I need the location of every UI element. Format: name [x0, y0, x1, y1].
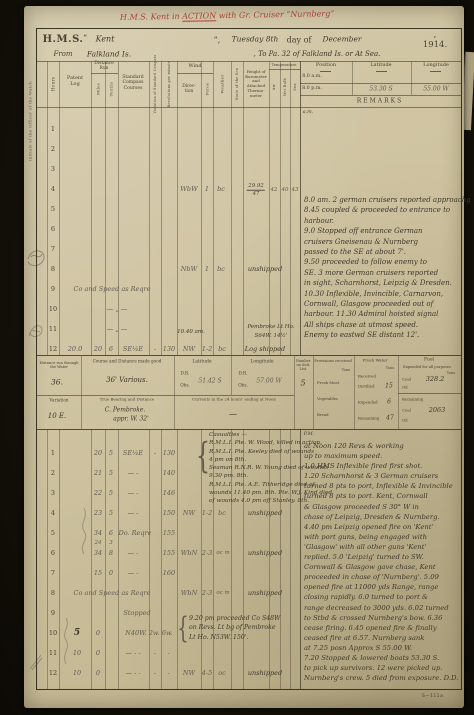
annotation-pre: H.M.S. Kent in [120, 12, 182, 22]
col-header-air: Air [272, 84, 276, 90]
pm-h4-wind: NW [183, 509, 195, 517]
remark-line: proceeded in chase of 'Nurnberg'. 5.09 [304, 572, 460, 582]
logbook-page: H.M.S. Kent in ACTION with Gr. Cruiser “… [24, 6, 464, 708]
position-8pm-label: 8.0 p.m. [302, 86, 322, 92]
pm-bearing-note: 9.20 pm proceeded Co S48Won Revs. Lt bg … [189, 614, 304, 642]
rule [91, 73, 118, 74]
pm-h2-revs: 140 [163, 469, 175, 477]
remark-line: up to maximum speed. [304, 451, 460, 461]
am-h4-wind: WbW [180, 185, 198, 193]
fresh-water-label: Fresh Water [363, 359, 388, 364]
col-header-sea-temp: Sea [293, 83, 297, 91]
red-annotation: H.M.S. Kent in ACTION with Gr. Cruiser “… [120, 9, 335, 22]
pm-h10-miles: 0 [96, 629, 100, 637]
pm-h6-tenths: 8 [109, 549, 113, 557]
hour-number: 9 [47, 603, 59, 623]
annotation-action: ACTION [182, 11, 216, 21]
pm-h5-revs: 155 [163, 529, 175, 537]
pm-h12-variation: - [154, 669, 156, 677]
col-header-miles: Miles [96, 83, 101, 95]
pm-h11-course: — - - [125, 649, 140, 657]
noon-lon-obs-value: 57.00 W [256, 378, 281, 385]
casualty-line: Casualties — [209, 431, 337, 439]
remark-line: cruisers Gneisenau & Nurnberg [304, 237, 460, 247]
remark-line: harbour. 11.30 Admiral hoisted signal [304, 309, 460, 319]
hour-number: 10 [47, 623, 59, 643]
ship-quote-close: ”, [214, 35, 221, 44]
hour-number: 8 [47, 259, 59, 279]
remark-line: 'Glasgow' with all other guns 'Kent' [304, 542, 460, 552]
col-header-longitude: Longitude [423, 63, 449, 69]
fw-expended-label: Expended [358, 401, 378, 406]
remark-line: 8.45 coupled & proceeded to entrance to [304, 205, 460, 215]
col-header-wind: Wind [188, 64, 201, 70]
course-made-good-value: 36' Various. [106, 376, 148, 384]
am-h4-barometer: 29.9247 [247, 181, 265, 198]
fresh-water-tons-label: Tons [386, 366, 394, 370]
rule [300, 95, 461, 96]
rule [269, 69, 300, 70]
pm-h12-course: — - - [125, 669, 140, 677]
pm-h7-revs: 160 [163, 569, 175, 577]
form-number: S—111a. [422, 694, 445, 699]
col-header-hours: Hours [51, 77, 56, 92]
provisions-tons-label: Tons [342, 368, 350, 372]
fuel-label: Fuel [424, 357, 434, 362]
am-h9-note: Co and Speed as Reqre [74, 285, 151, 293]
pm-h4-course: — - [128, 509, 139, 517]
pm-h5a-tenths: 3 [109, 540, 113, 546]
fuel-coal-label: Coal [402, 378, 411, 383]
pm-h6-weather: oc m [216, 550, 229, 556]
hour-number: 1 [47, 443, 59, 463]
am-h12-patent: 20.0 [68, 345, 82, 353]
pm-h7-miles: 15 [94, 569, 102, 577]
noon-lon-obs-label: Obs. [238, 384, 248, 389]
pm-h3-course: — - [128, 489, 139, 497]
am-h11-ditto: — „ — [107, 325, 128, 333]
remark-line: at Noon 120 Revs & working [304, 441, 460, 451]
am-h8-note: unshipped [248, 265, 282, 273]
hour-number: 5 [47, 523, 59, 543]
pm-h8-note: Co and Speed as Reqre [74, 589, 151, 597]
fuel-oil-label: Oil [402, 386, 408, 391]
remark-line: 4.40 pm Leipzig opened fire on 'Kent' [304, 522, 460, 532]
am-h12-variation: - [154, 345, 156, 353]
true-bearing-label: True Bearing and Distance [92, 398, 162, 403]
rule [352, 61, 353, 95]
ship-quote-open: “ [83, 33, 87, 42]
hour-number: 7 [47, 563, 59, 583]
hour-number: 6 [47, 543, 59, 563]
position-8pm-latitude: 53.30 S [369, 86, 392, 93]
am-h4-weather: bc [217, 185, 225, 193]
variation-value: 10 E. [48, 412, 66, 420]
provisions-label: Provisions received [314, 359, 352, 363]
remark-line: range decreased to 3000 yds. 6.02 turned [304, 603, 460, 613]
col-header-variation: Variation of Standard Compass [153, 55, 157, 114]
margin-label-initials-of-officer: Initials of the Officer of the Watch [28, 81, 33, 161]
pm-h1-miles: 20 [94, 449, 102, 457]
am-remarks: 8.0 am. 2 german cruisers reported appro… [304, 195, 460, 341]
pm-h10-course: N40W. 2w. 6w. [125, 629, 173, 637]
rule [430, 71, 441, 72]
remark-line: cease firing. 6.45 opened fire & finally [304, 623, 460, 633]
fuel-remaining-label: Remaining [402, 398, 423, 403]
pm-h4-force: 1-2 [202, 509, 212, 517]
rule [398, 355, 399, 429]
hour-number: 4 [47, 503, 59, 523]
pm-h10-patent: 5 [74, 628, 80, 638]
fuel-tons-label: Tons [447, 371, 455, 375]
pm-h8-wind: WbN [181, 589, 198, 597]
pm-h7-course: — - [128, 569, 139, 577]
pm-remarks: at Noon 120 Revs & workingup to maximum … [304, 441, 460, 683]
weekday-day: Tuesday 8th [232, 35, 279, 44]
remarks-header: REMARKS [357, 97, 403, 104]
col-header-courses: Standard Compass Courses [119, 75, 148, 91]
am-h8-weather: bc [217, 265, 225, 273]
provision-row: Vegetables [317, 391, 339, 407]
provisions-rows: Fresh MeatVegetablesBread [317, 375, 339, 423]
casualties-brace: { [196, 437, 210, 477]
rule [177, 73, 213, 74]
rule [231, 355, 232, 395]
am-h8-force: 1 [205, 265, 209, 273]
am-h4-air-temp: 42 [271, 187, 278, 193]
rule [174, 355, 175, 429]
am-h11-bearing-1: Pembroke Lt Ho. [247, 324, 294, 330]
am-hour-numbers: 123456789101112 [47, 107, 59, 355]
fw-expended-value: 6 [387, 399, 391, 406]
remark-line: 1.20 Scharnhorst & 3 German cruisers [304, 471, 460, 481]
remark-line: ceased fire at 6.57. Nurnberg sank [304, 633, 460, 643]
to-value: , To Pa. 32 of Falkland Is. or At Sea. [254, 50, 381, 58]
pm-h5-tenths: 6 [109, 529, 113, 537]
am-h11-bearing-2: S64W. 14½' [255, 333, 288, 339]
pm-h6-wind: WbN [181, 549, 198, 557]
pm-h3-tenths: 5 [109, 489, 113, 497]
col-header-direction: Direc- tion [178, 84, 200, 94]
pm-h2-miles: 21 [94, 469, 102, 477]
baro-reading: 29.92 [247, 183, 265, 191]
ship-name: Kent [96, 35, 115, 44]
pm-h12-note: unshipped [248, 669, 282, 677]
pm-h11-patent: 10 [73, 649, 81, 657]
pm-h4-miles: 23 [94, 509, 102, 517]
pm-h4-note: unshipped [248, 509, 282, 517]
position-8pm-longitude: 55.00 W [423, 86, 448, 93]
am-h12-force: 1-2 [202, 345, 212, 353]
rule [300, 83, 461, 84]
am-h12-course: SE¼E [123, 345, 143, 353]
remark-line: Cornwall & Glasgow gave chase, Kent [304, 562, 460, 572]
pm-h12-miles: 0 [96, 669, 100, 677]
remark-line: at 7.25 posn Approx S 55.00 W. [304, 643, 460, 653]
am-h4-wet-temp: 40 [282, 187, 289, 193]
remark-line: Nurnberg's crew. 5 died from exposure. D… [304, 673, 460, 683]
pm-h8-force: 2-3 [202, 589, 212, 597]
pm-h11-miles: 0 [96, 649, 100, 657]
noon-lat-dr-label: D.R. [180, 372, 189, 377]
sick-list-value: 5 [300, 379, 305, 388]
pm-h5a-miles: 24 [95, 540, 102, 546]
fuel-remaining-oil-label: Oil [402, 419, 408, 424]
col-header-latitude: Latitude [370, 63, 391, 69]
am-h8-wind: NbW [181, 265, 198, 273]
pm-h3-revs: 146 [163, 489, 175, 497]
pm-h4-weather: bc [218, 509, 226, 517]
remark-line: in sight, Scharnhorst, Leipzig & Dresden… [304, 278, 460, 288]
hour-number: 3 [47, 159, 59, 179]
col-header-sea-state: State of the Sea [235, 68, 239, 100]
fuel-coal-expended-value: 328.2 [426, 375, 445, 383]
pm-h6-note: unshipped [248, 549, 282, 557]
year-label: , 1914. [422, 30, 448, 50]
thermo-reading: 47 [253, 191, 260, 198]
log-table-frame: H.M.S. “ Kent ”, Tuesday 8th day of Dece… [36, 28, 462, 690]
col-header-temperature: Temperature [272, 63, 297, 67]
pm-h11-variation: - [154, 649, 156, 657]
provision-row: Bread [317, 407, 339, 423]
remark-line: replied. 5.0 'Leipzig' turned to SW. [304, 552, 460, 562]
hour-number: 4 [47, 179, 59, 199]
true-bearing-value-1: C. Pembroke. [105, 407, 146, 414]
hour-number: 12 [47, 339, 59, 359]
remark-line: All ships chase at utmost speed. [304, 320, 460, 330]
pm-h1-tenths: 5 [109, 449, 113, 457]
distance-water-label: Distance run through the Water [39, 361, 79, 369]
col-header-patent-log: Patent Log [62, 76, 88, 88]
remark-line: Cornwall, Glasgow proceeded out of [304, 299, 460, 309]
pm-h4-revs: 150 [163, 509, 175, 517]
noon-longitude-label: Longitude [250, 359, 273, 364]
noon-latitude-label: Latitude [192, 359, 211, 364]
am-h12-revs: 130 [163, 345, 175, 353]
am-h12-miles: 20 [94, 345, 102, 353]
pm-h4-tenths: 5 [109, 509, 113, 517]
remark-line: to pick up survivors. 12 were picked up. [304, 663, 460, 673]
pm-h9-note: Stopped [123, 609, 150, 617]
remark-line: with port guns, being engaged with [304, 532, 460, 542]
remark-line: 1.0 HMS Inflexible fired first shot. [304, 461, 460, 471]
am-h12-note: Log shipped [245, 345, 285, 353]
fw-remaining-value: 47 [386, 415, 394, 422]
am-h4-sea-temp: 43 [292, 187, 299, 193]
from-label: From [53, 50, 72, 58]
currents-label: Currents in the 24 hours' ending at Noon [179, 398, 289, 403]
rule [320, 71, 331, 72]
pm-h8-unshipped: unshipped [248, 589, 282, 597]
pm-h11-revs: - [168, 649, 170, 657]
col-header-weather: Weather [220, 74, 225, 93]
pm-h5-miles: 34 [94, 529, 102, 537]
pm-h2-tenths: 5 [109, 469, 113, 477]
remark-line: 8.0 am. 2 german cruisers reported appro… [304, 195, 460, 205]
hour-number: 11 [47, 643, 59, 663]
am-h12-tenths: 6 [109, 345, 113, 353]
pm-h12-revs: - [168, 669, 170, 677]
pm-h12-wind: NW [183, 669, 195, 677]
col-header-barometer: Height of Barometer and Attached Thermo­… [244, 70, 269, 98]
pm-h6-course: — - [128, 549, 139, 557]
fw-received-label: Received [358, 375, 376, 380]
pm-h12-force: 4-5 [202, 669, 212, 677]
remark-line: harbour. [304, 216, 460, 226]
day-of-label: day of [287, 35, 312, 44]
pm-h8-weather: oc m [216, 590, 229, 596]
position-8am-label: 8.0 a.m. [302, 74, 322, 80]
provision-row: Fresh Meat [317, 375, 339, 391]
rule [354, 355, 355, 429]
pm-h12-patent: 10 [73, 669, 81, 677]
rule [411, 61, 412, 95]
fw-remaining-label: Remaining [358, 417, 379, 422]
distance-water-value: 36. [51, 378, 63, 387]
bearing-note-line: on Revs. Lt bg of Pembroke [189, 623, 304, 632]
bearing-note-brace: { [177, 612, 188, 646]
remark-line: closing rapidly. 6.0 turned to port & [304, 592, 460, 602]
remark-line: passed to the SE at about 7'. [304, 247, 460, 257]
pm-hour-numbers: 123456789101112 [47, 429, 59, 689]
col-header-tenths: Tenths [109, 82, 114, 97]
remark-line: & Glasgow proceeded S 30° W in [304, 502, 460, 512]
am-h11-time: 10.40 am. [177, 329, 205, 335]
hour-number: 7 [47, 239, 59, 259]
bearing-note-line: Lt Ho. N53W. 150'. [189, 633, 304, 642]
am-h12-wind: NW [183, 345, 195, 353]
pm-h6-force: 2-3 [202, 549, 212, 557]
remark-line: turned 8 pts to port, Inflexible & Invin… [304, 481, 460, 491]
am-label: a.m. [303, 110, 313, 116]
hour-number: 1 [47, 119, 59, 139]
am-h4-force: 1 [205, 185, 209, 193]
col-header-distance-run: Distance Run [91, 61, 117, 71]
hour-number: 12 [47, 663, 59, 683]
am-h12-weather: bc [218, 345, 226, 353]
true-bearing-value-2: appr. W. 32' [113, 416, 149, 423]
hour-number: 2 [47, 463, 59, 483]
sick-list-label: Number on Sick List [295, 359, 312, 371]
pm-h6-miles: 34 [94, 549, 102, 557]
col-header-force: Force [205, 83, 210, 95]
month-value: December [322, 35, 361, 44]
hour-number: 6 [47, 219, 59, 239]
hour-number: 2 [47, 139, 59, 159]
noon-lat-obs-label: Obs. [180, 384, 190, 389]
bearing-note-line: 9.20 pm proceeded Co S48W [189, 614, 304, 623]
remark-line: turned 8 pts to port. Kent, Cornwall [304, 491, 460, 501]
col-header-revolutions: Revolutions per minute [167, 61, 171, 108]
currents-value: — [229, 410, 237, 419]
hour-number: 3 [47, 483, 59, 503]
rule [37, 107, 461, 108]
remark-line: Enemy to eastwd SE distant 12'. [304, 330, 460, 340]
remark-line: 9.50 proceeded to follow enemy to [304, 257, 460, 267]
remark-line: opened fire at 11000 yds Range, range [304, 582, 460, 592]
pm-h12-weather: oc [218, 669, 226, 677]
fw-distilled-label: Distilled [358, 385, 374, 390]
rule [81, 355, 82, 429]
hour-number: 10 [47, 299, 59, 319]
hms-label: H.M.S. [43, 34, 84, 46]
fw-distilled-value: 15 [385, 383, 393, 390]
rule [376, 71, 387, 72]
hour-number: 11 [47, 319, 59, 339]
col-header-position: Position [316, 63, 336, 69]
hour-number: 9 [47, 279, 59, 299]
remark-line: chase of Leipzig, Dresden & Nurnberg. [304, 512, 460, 522]
hour-number: 8 [47, 583, 59, 603]
variation-label: Variation [49, 399, 68, 404]
fuel-expended-label: Expended for all purposes [401, 365, 453, 369]
fuel-remaining-coal-label: Coal [402, 409, 411, 414]
rule [398, 393, 461, 394]
annotation-post: with Gr. Cruiser “Nurnberg” [216, 9, 334, 20]
pm-h1-revs: 130 [163, 449, 175, 457]
course-made-good-label: Course and Distance made good [87, 360, 167, 365]
pm-h7-tenths: 0 [109, 569, 113, 577]
remark-line: 7.20 Stopped & lowered boats 53.30 S. [304, 653, 460, 663]
fuel-coal-remaining-value: 2063 [429, 406, 446, 414]
hour-number: 5 [47, 199, 59, 219]
am-h10-ditto: — „ — [107, 305, 128, 313]
noon-lon-dr-label: D.R. [238, 372, 247, 377]
noon-lat-obs-value: 51.42 S [198, 378, 221, 385]
col-header-wet-bulb: Wet Bulb [283, 78, 287, 96]
rule [313, 355, 314, 429]
remark-line: SE. 3 more German cruisers reported [304, 268, 460, 278]
pm-h6-revs: 155 [163, 549, 175, 557]
remark-line: 9.0 Stopped off entrance German [304, 226, 460, 236]
pm-h1-variation: - [154, 449, 156, 457]
scanned-logbook-photo: H.M.S. Kent in ACTION with Gr. Cruiser “… [0, 0, 474, 715]
from-value: Falkland Is. [87, 50, 131, 59]
pm-h3-miles: 22 [94, 489, 102, 497]
pm-h1-course: SE¼E [123, 449, 143, 457]
pm-h5-course: Do. Reqre [119, 529, 152, 537]
remark-line: to Stbd & crossed Nurnberg's bow. 6.36 [304, 613, 460, 623]
pm-h2-course: — - [128, 469, 139, 477]
remark-line: 10.30 Inflexible, Invincible, Carnarvon, [304, 289, 460, 299]
